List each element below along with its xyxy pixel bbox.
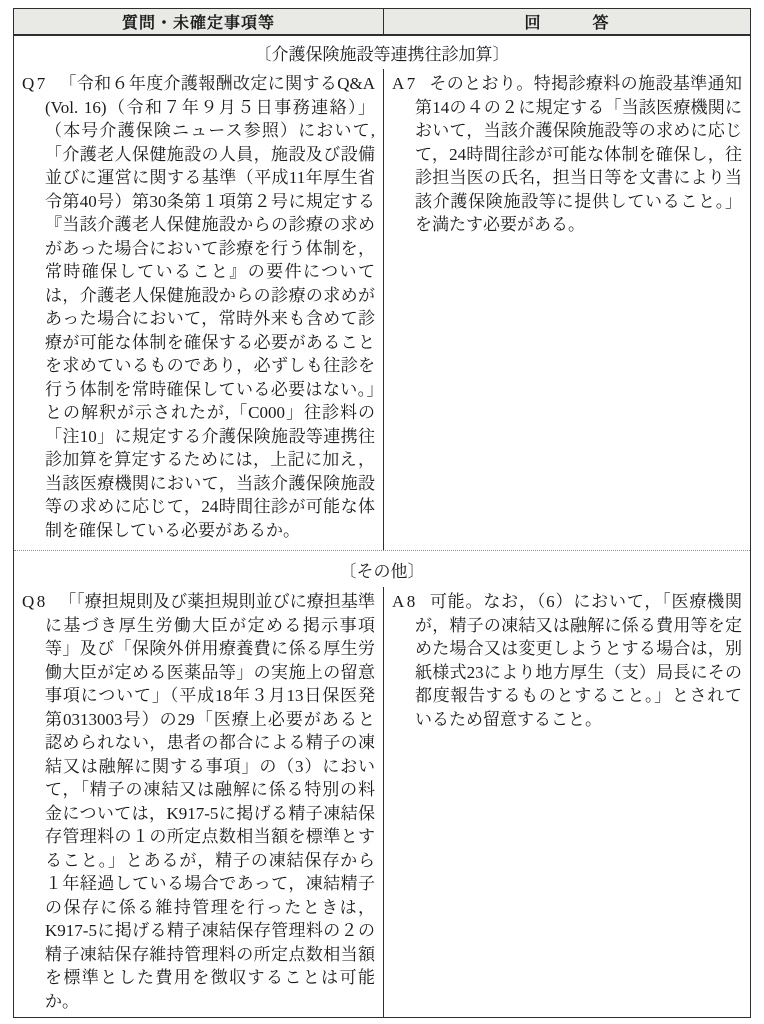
question-q8: Q8「「療担規則及び薬担規則並びに療担基準に基づき厚生労働大臣が定める掲示事項等… [22,590,375,1013]
header-question-column: 質問・未確定事項等 [14,9,384,34]
answer-label-a7: A7 [392,72,429,96]
question-cell-q8: Q8「「療担規則及び薬担規則並びに療担基準に基づき厚生労働大臣が定める掲示事項等… [14,587,384,1017]
answer-text-a7: そのとおり。特掲診療料の施設基準通知第14の４の２に規定する「当該医療機関におい… [415,74,742,234]
document-page: 質問・未確定事項等 回 答 〔介護保険施設等連携往診加算〕 Q7「令和６年度介護… [0,0,764,1024]
question-label-q8: Q8 [22,590,59,614]
question-label-q7: Q7 [22,72,59,96]
answer-cell-a7: A7そのとおり。特掲診療料の施設基準通知第14の４の２に規定する「当該医療機関に… [384,69,750,550]
answer-label-a8: A8 [392,590,429,614]
qa-table: 質問・未確定事項等 回 答 〔介護保険施設等連携往診加算〕 Q7「令和６年度介護… [13,8,751,1018]
answer-a7: A7そのとおり。特掲診療料の施設基準通知第14の４の２に規定する「当該医療機関に… [392,72,742,237]
qa-row-q7: Q7「令和６年度介護報酬改定に関するQ&A (Vol. 16)（令和７年９月５日… [14,69,750,550]
header-answer-column: 回 答 [384,9,750,34]
question-cell-q7: Q7「令和６年度介護報酬改定に関するQ&A (Vol. 16)（令和７年９月５日… [14,69,384,550]
answer-a8: A8可能。なお，（6）において，「医療機関が，精子の凍結又は融解に係る費用等を定… [392,590,742,731]
section-title-sonota: 〔その他〕 [14,551,750,587]
table-header-row: 質問・未確定事項等 回 答 [14,9,750,36]
section-title-kaigo-renkei-oushin-kasan: 〔介護保険施設等連携往診加算〕 [14,36,750,69]
qa-row-q8: Q8「「療担規則及び薬担規則並びに療担基準に基づき厚生労働大臣が定める掲示事項等… [14,587,750,1017]
question-text-q7: 「令和６年度介護報酬改定に関するQ&A (Vol. 16)（令和７年９月５日事務… [45,74,375,540]
answer-cell-a8: A8可能。なお，（6）において，「医療機関が，精子の凍結又は融解に係る費用等を定… [384,587,750,1017]
question-q7: Q7「令和６年度介護報酬改定に関するQ&A (Vol. 16)（令和７年９月５日… [22,72,375,542]
answer-text-a8: 可能。なお，（6）において，「医療機関が，精子の凍結又は融解に係る費用等を定めた… [415,592,742,729]
question-text-q8: 「「療担規則及び薬担規則並びに療担基準に基づき厚生労働大臣が定める掲示事項等」及… [45,592,375,1011]
